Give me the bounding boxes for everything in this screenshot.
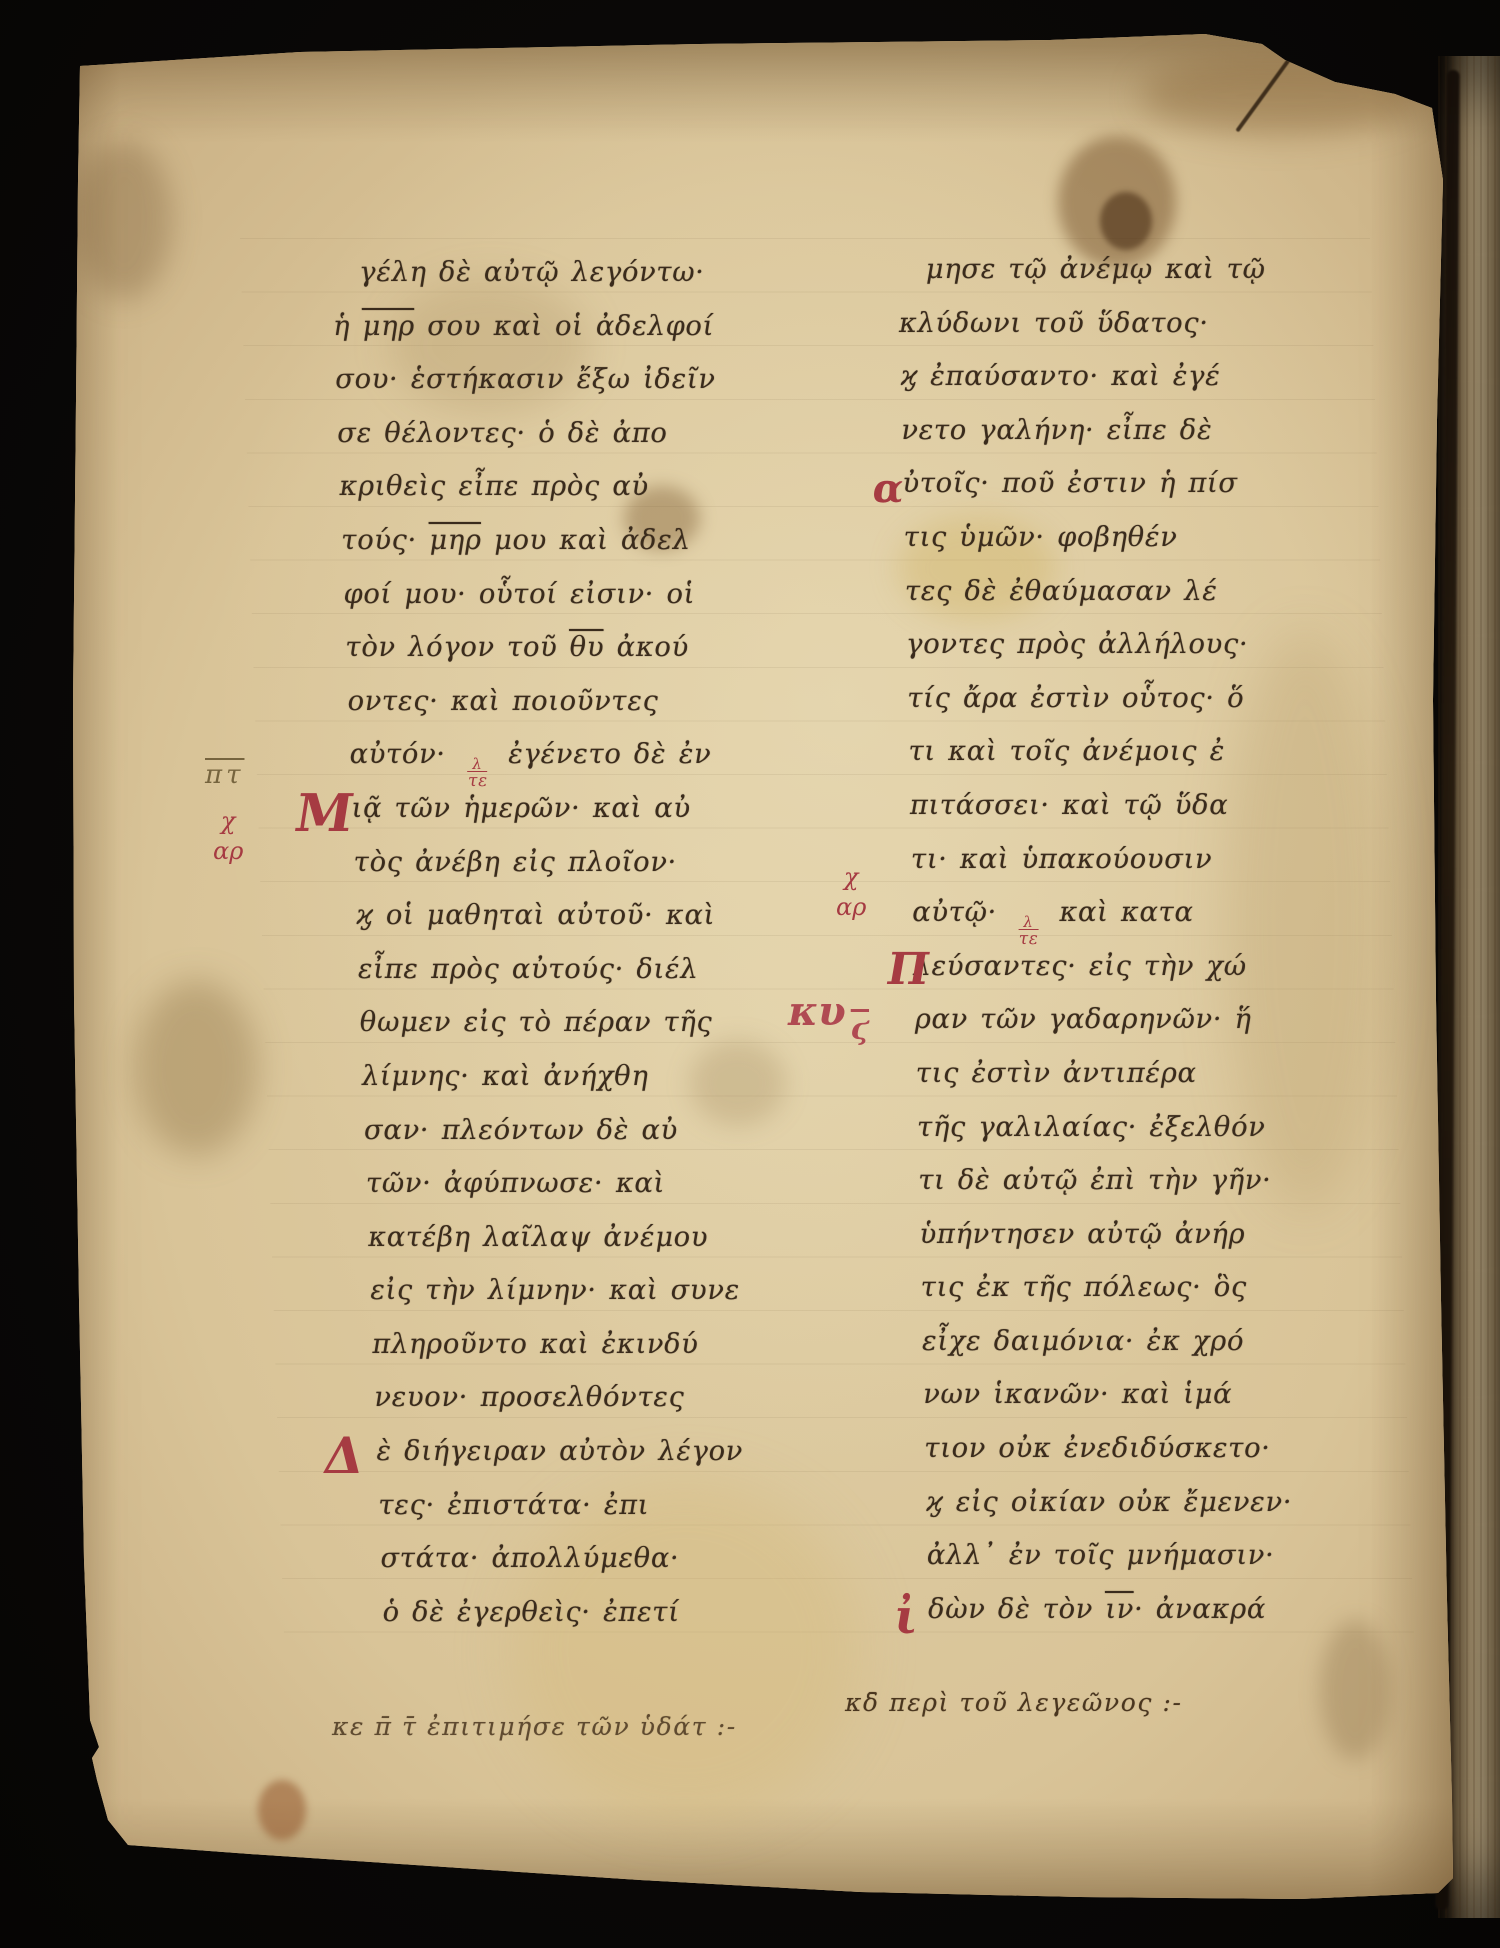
ink-text: τίς ἄρα ἐστὶν οὗτος· ὅ [907,682,1245,714]
text-column-left: γέλη δὲ αὐτῷ λεγόντω·ἡ μηρ σου καὶ οἱ ἀδ… [330,246,764,1639]
rubricated-initial: α [872,469,904,509]
ink-text: τις ἐκ τῆς πόλεως· ὃς [920,1271,1247,1303]
manuscript-text-line: αὐτῷ· λτε καὶ κατα [912,886,1281,940]
ink-text: σου καὶ οἱ ἀδελφοί [414,310,714,342]
ink-text: αὐτόν· [349,738,459,770]
ink-text: ϗ εἰς οἰκίαν οὐκ ἔμενεν· [925,1486,1292,1518]
ink-text: λίμνης· καὶ ἀνήχθη [361,1060,649,1092]
manuscript-text-line: πιτάσσει· καὶ τῷ ὕδα [909,779,1278,833]
manuscript-text-line: κατέβη λαῖλαψ ἀνέμου [367,1211,750,1265]
manuscript-text-line: γέλη δὲ αὐτῷ λεγόντω· [330,246,713,300]
ink-text: ιᾷ τῶν ἡμερῶν· καὶ αὐ [351,792,691,824]
ink-text: σου· ἑστήκασιν ἔξω ἰδεῖν [335,363,717,395]
ink-text: τούς· [341,524,430,556]
ink-text: ὑπήντησεν αὐτῷ ἀνήρ [919,1218,1245,1250]
ink-text: ἐγένετο δὲ ἐν [495,738,712,770]
ink-text: κριθεὶς εἶπε πρὸς αὐ [339,470,650,502]
photo-background: γέλη δὲ αὐτῷ λεγόντω·ἡ μηρ σου καὶ οἱ ἀδ… [0,0,1500,1948]
parchment-stain [76,140,172,300]
ink-text: αὐτῷ· [912,896,1010,928]
archi-abbrev-bottom: αρ [836,892,866,922]
parchment-stain [134,980,258,1156]
nomen-sacrum: ιν [1105,1593,1134,1625]
manuscript-text-line: Μιᾷ τῶν ἡμερῶν· καὶ αὐ [351,782,734,836]
manuscript-text-line: τίς ἄρα ἐστὶν οὗτος· ὅ [907,672,1276,726]
manuscript-text-line: ἰδὼν δὲ τὸν ιν· ἀνακρά [927,1583,1296,1637]
ink-text: πληροῦντο καὶ ἐκινδύ [372,1328,700,1360]
manuscript-page: γέλη δὲ αὐτῷ λεγόντω·ἡ μηρ σου καὶ οἱ ἀδ… [0,0,1500,1948]
ink-text: ἡ [332,310,363,342]
ink-text: τις ἐστὶν ἀντιπέρα [915,1057,1197,1089]
manuscript-text-line: εἰς τὴν λίμνην· καὶ συνε [369,1264,752,1318]
ink-text: καὶ κατα [1047,896,1194,928]
ink-text: ὁ δὲ ἐγερθεὶς· ἐπετί [382,1596,680,1628]
manuscript-text-line: ραν τῶν γαδαρηνῶν· ἥ [914,993,1283,1047]
manuscript-text-line: ὁ δὲ ἐγερθεὶς· ἐπετί [381,1586,764,1640]
rubricated-initial: Δ [324,1431,365,1481]
archi-abbrev-top: χ [221,806,236,836]
manuscript-text-line: κλύδωνι τοῦ ὕδατος· [898,297,1267,351]
ink-text: κλύδωνι τοῦ ὕδατος· [898,307,1209,339]
manuscript-text-line: πληροῦντο καὶ ἐκινδύ [371,1318,754,1372]
manuscript-text-line: σου· ἑστήκασιν ἔξω ἰδεῖν [334,353,717,407]
ink-text: σε θέλοντες· ὁ δὲ ἀπο [337,417,669,449]
archi-abbrev-top: χ [844,862,859,892]
ink-text: ἀλλ᾽ ἐν τοῖς μνήμασιν· [926,1539,1274,1571]
manuscript-text-line: τις ἐστὶν ἀντιπέρα [915,1047,1284,1101]
manuscript-text-line: νετο γαλήνη· εἶπε δὲ [901,404,1270,458]
ink-text: εἰς τὴν λίμνην· καὶ συνε [370,1274,741,1306]
ink-text: τες δὲ ἐθαύμασαν λέ [905,575,1218,607]
rubricated-initial: ἰ [894,1593,918,1641]
manuscript-text-line: αὐτόν· λτε ἐγένετο δὲ ἐν [349,728,732,782]
ink-text: τες· ἐπιστάτα· ἐπι [378,1489,650,1521]
margin-archi-mark-middle: χ αρ [836,862,866,922]
manuscript-text-line: τες· ἐπιστάτα· ἐπι [377,1479,760,1533]
ink-text: κατέβη λαῖλαψ ἀνέμου [367,1221,708,1253]
ink-text: τι· καὶ ὑπακούουσιν [911,843,1213,875]
nomen-sacrum: μηρ [429,524,483,556]
manuscript-text-line: θωμεν εἰς τὸ πέραν τῆς [359,996,742,1050]
manuscript-text-line: τὸς ἀνέβη εἰς πλοῖον· [353,836,736,890]
manuscript-text-line: νων ἱκανῶν· καὶ ἱμά [923,1368,1292,1422]
ink-text: νευον· προσελθόντες [374,1381,686,1413]
manuscript-text-line: τῆς γαλιλαίας· ἐξελθόν [916,1101,1285,1155]
manuscript-text-line: Δὲ διήγειραν αὐτὸν λέγον [375,1425,758,1479]
chapter-title-rubric-right: κδ̄ περὶ τοῦ λεγεῶνος :- [845,1688,1183,1717]
manuscript-text-line: ϗ εἰς οἰκίαν οὐκ ἔμενεν· [925,1476,1294,1530]
ink-text: στάτα· ἀπολλύμεθα· [380,1542,680,1574]
ink-text: ραν τῶν γαδαρηνῶν· ἥ [914,1003,1252,1035]
ink-text: · ἀνακρά [1134,1593,1267,1625]
text-column-right: μησε τῷ ἀνέμῳ καὶ τῷκλύδωνι τοῦ ὕδατος·ϗ… [897,243,1297,1636]
ink-text: σαν· πλεόντων δὲ αὐ [363,1114,678,1146]
ink-text: φοί μου· οὗτοί εἰσιν· οἱ [343,578,696,610]
manuscript-text-line: φοί μου· οὗτοί εἰσιν· οἱ [342,568,725,622]
manuscript-text-line: ἡ μηρ σου καὶ οἱ ἀδελφοί [332,300,715,354]
ink-text: νετο γαλήνη· εἶπε δὲ [901,414,1213,446]
parchment-stain [258,1780,306,1840]
manuscript-text-line: τι δὲ αὐτῷ ἐπὶ τὴν γῆν· [918,1154,1287,1208]
manuscript-text-line: τες δὲ ἐθαύμασαν λέ [904,565,1273,619]
parchment-crack [1235,56,1292,133]
manuscript-text-line: μησε τῷ ἀνέμῳ καὶ τῷ [897,243,1266,297]
manuscript-text-line: σαν· πλεόντων δὲ αὐ [363,1104,746,1158]
ink-text: νων ἱκανῶν· καὶ ἱμά [923,1378,1233,1410]
manuscript-text-line: τι καὶ τοῖς ἀνέμοις ἐ [908,725,1277,779]
manuscript-text-line: τις ὑμῶν· φοβηθέν [903,511,1272,565]
ink-text: μου καὶ ἀδελ [481,524,691,556]
ink-text: τιον οὐκ ἐνεδιδύσκετο· [924,1432,1271,1464]
ink-text: λεύσαντες· εἰς τὴν χώ [913,950,1247,982]
ink-text: εἶχε δαιμόνια· ἐκ χρό [922,1325,1245,1357]
nomen-sacrum: μηρ [362,310,416,342]
manuscript-text-line: ὑπήντησεν αὐτῷ ἀνήρ [919,1208,1288,1262]
parchment-stain [1320,1620,1390,1760]
telos-lambda: λ [472,757,483,772]
manuscript-text-line: σε θέλοντες· ὁ δὲ ἀπο [336,407,719,461]
ink-text: τῆς γαλιλαίας· ἐξελθόν [917,1111,1266,1143]
margin-lection-monogram: κυϛ [788,988,869,1047]
manuscript-text-line: ἀλλ᾽ ἐν τοῖς μνήμασιν· [926,1529,1295,1583]
manuscript-text-line: νευον· προσελθόντες [373,1371,756,1425]
ink-text: μησε τῷ ἀνέμῳ καὶ τῷ [897,253,1266,285]
margin-section-number: πτ [205,760,244,790]
rubricated-initial: Μ [295,788,355,840]
ink-text: τὸν λόγον τοῦ [345,631,571,663]
manuscript-text-line: αὐτοῖς· ποῦ ἐστιν ἡ πίσ [902,457,1271,511]
telos-lambda: λ [1023,915,1033,930]
ink-text: τῶν· ἀφύπνωσε· καὶ [365,1167,665,1199]
parchment-stain [1100,192,1152,250]
lection-kyriake-abbrev: κυ [788,988,846,1035]
rubricated-initial: Π [887,948,930,992]
ink-text: εἶπε πρὸς αὐτούς· διέλ [357,953,699,985]
archi-abbrev-bottom: αρ [213,836,243,866]
ink-text: ϗ ἐπαύσαντο· καὶ ἐγέ [900,360,1221,392]
manuscript-text-line: τῶν· ἀφύπνωσε· καὶ [365,1157,748,1211]
ink-text: ὲ διήγειραν αὐτὸν λέγον [376,1435,744,1467]
ink-text: ϗ οἱ μαθηταὶ αὐτοῦ· καὶ [355,899,715,931]
manuscript-text-line: γοντες πρὸς ἀλλήλους· [906,618,1275,672]
ink-text: ὐτοῖς· ποῦ ἐστιν ἡ πίσ [902,467,1238,499]
ink-text: τὸς ἀνέβη εἰς πλοῖον· [353,846,677,878]
manuscript-text-line: τὸν λόγον τοῦ θυ ἀκού [344,621,727,675]
ink-text: τι δὲ αὐτῷ ἐπὶ τὴν γῆν· [918,1164,1272,1196]
manuscript-text-line: ϗ ἐπαύσαντο· καὶ ἐγέ [899,350,1268,404]
ink-text: οντες· καὶ ποιοῦντες [347,685,659,717]
manuscript-text-line: κριθεὶς εἶπε πρὸς αὐ [338,460,721,514]
manuscript-text-line: τούς· μηρ μου καὶ ἀδελ [340,514,723,568]
ink-text: γέλη δὲ αὐτῷ λεγόντω· [330,256,705,288]
ink-text: γοντες πρὸς ἀλλήλους· [906,628,1249,660]
manuscript-text-line: ϗ οἱ μαθηταὶ αὐτοῦ· καὶ [355,889,738,943]
manuscript-text-line: εἶπε πρὸς αὐτούς· διέλ [357,943,740,997]
ink-text: πιτάσσει· καὶ τῷ ὕδα [909,789,1228,821]
manuscript-text-line: τι· καὶ ὑπακούουσιν [910,833,1279,887]
manuscript-text-line: οντες· καὶ ποιοῦντες [346,675,729,729]
lection-number: ϛ [851,1012,869,1047]
manuscript-text-line: εἶχε δαιμόνια· ἐκ χρό [921,1315,1290,1369]
ink-text: δὼν δὲ τὸν [928,1593,1106,1625]
ink-text: ἀκού [604,631,690,663]
ink-text: τις ὑμῶν· φοβηθέν [903,521,1178,553]
manuscript-text-line: στάτα· ἀπολλύμεθα· [379,1532,762,1586]
ink-text: τι καὶ τοῖς ἀνέμοις ἐ [908,735,1225,767]
manuscript-text-line: Πλεύσαντες· εἰς τὴν χώ [913,940,1282,994]
chapter-title-rubric-left: κε π̄ τ̄ ἐπιτιμήσε τῶν ὑδάτ :- [332,1712,737,1741]
nomen-sacrum: θυ [569,631,605,663]
manuscript-text-line: λίμνης· καὶ ἀνήχθη [361,1050,744,1104]
manuscript-text-line: τις ἐκ τῆς πόλεως· ὃς [920,1261,1289,1315]
manuscript-text-line: τιον οὐκ ἐνεδιδύσκετο· [924,1422,1293,1476]
ink-text: θωμεν εἰς τὸ πέραν τῆς [359,1006,713,1038]
margin-archi-mark-left: χ αρ [213,806,243,866]
